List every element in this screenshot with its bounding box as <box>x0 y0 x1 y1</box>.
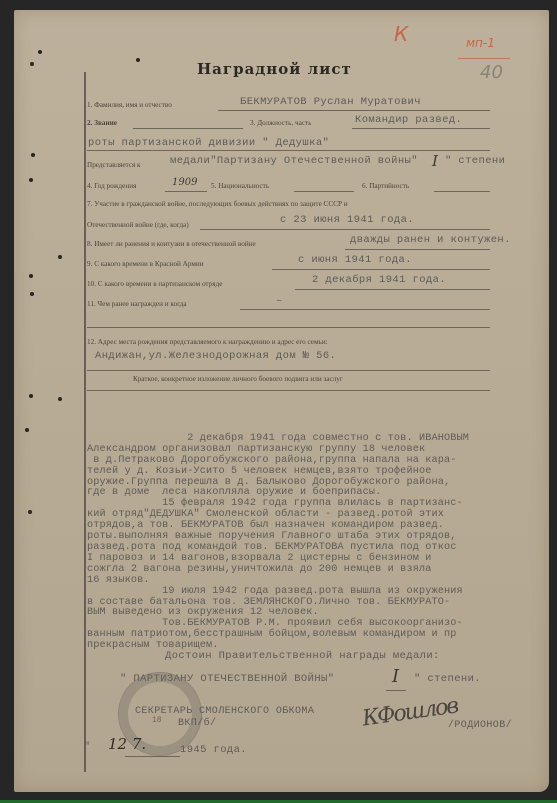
conclusion-suffix: " степени. <box>414 673 481 685</box>
field-3-underline <box>352 128 490 129</box>
narrative-text: 2 декабря 1941 года совместно с тов. ИВА… <box>87 423 469 663</box>
narrative-line: 16 языков. <box>87 576 469 587</box>
field-10-label: 10. С какого времени в партизанском отря… <box>87 280 222 288</box>
field-8-value: дважды ранен и контужен. <box>350 234 511 246</box>
field-11-underline <box>240 309 490 310</box>
field-6-label: 6. Партийность <box>362 182 409 190</box>
pencil-number: 40 <box>480 62 503 83</box>
signer-subtitle: ВКП/б/ <box>178 718 216 729</box>
date-underline <box>125 756 180 757</box>
field-12-label: 12. Адрес места рождения представляемого… <box>87 338 328 346</box>
punch-hole <box>58 255 62 259</box>
conclusion-degree: I <box>392 666 399 687</box>
field-3-value: Командир развед. <box>355 114 462 126</box>
punch-hole <box>30 292 34 296</box>
punch-hole <box>31 153 35 157</box>
narrative-line: телей у д. Козьи-Усито 5 человек немцев,… <box>87 467 469 478</box>
field-9-label: 9. С какого времени в Красной Армии <box>87 260 204 268</box>
field-11-underline-2 <box>87 327 490 328</box>
field-10-value: 2 декабря 1941 года. <box>312 274 446 286</box>
punch-hole <box>29 274 33 278</box>
field-9-underline <box>272 269 490 270</box>
presented-suffix: " степени <box>445 155 505 167</box>
field-8-label: 8. Имеет ли ранения и контузии в отечест… <box>87 240 256 248</box>
field-2-underline <box>133 128 243 129</box>
presented-label: Представляется к <box>87 161 141 169</box>
field-10-underline <box>295 289 490 290</box>
section-heading: Краткое, конкретное изложение личного бо… <box>133 375 343 383</box>
field-5-underline <box>294 191 354 192</box>
field-6-underline <box>434 191 490 192</box>
signer-name: /РОДИОНОВ/ <box>448 720 512 731</box>
presented-value: медали"Партизану Отечественной войны" <box>170 155 418 167</box>
date-open-quote: " <box>84 742 90 753</box>
field-2-label: 2. Звание <box>87 119 117 127</box>
field-1-label: 1. Фамилия, имя и отчество <box>87 101 172 109</box>
punch-hole <box>38 50 42 54</box>
field-1-value: БЕКМУРАТОВ Руслан Муратович <box>240 96 421 108</box>
punch-hole <box>30 62 34 66</box>
narrative-line: в д.Петраково Дорогобужского района,груп… <box>87 456 469 467</box>
field-7-underline <box>200 229 490 230</box>
presented-degree: I <box>432 152 438 170</box>
field-11-value: – <box>276 295 283 307</box>
conclusion-line-1: Достоин Правительственной награды медали… <box>165 650 440 662</box>
field-5-label: 5. Национальность <box>211 182 269 190</box>
field-9-value: с июня 1941 года. <box>298 254 412 266</box>
narrative-line: 19 июля 1942 года развед.рота вышла из о… <box>87 587 469 598</box>
field-1-underline <box>218 110 490 111</box>
stamp-date: 18 <box>152 716 162 725</box>
punch-hole <box>28 510 32 514</box>
red-code: мп-1 <box>466 36 495 50</box>
field-3-value-cont: роты партизанской дивизии " Дедушка" <box>88 137 329 149</box>
document-title: Наградной лист <box>197 60 352 78</box>
punch-hole <box>58 397 62 401</box>
red-underline <box>458 58 510 59</box>
margin-rule <box>84 72 86 772</box>
field-12-underline <box>87 370 490 371</box>
punch-hole <box>136 58 140 62</box>
field-8-underline <box>345 249 490 250</box>
punch-hole <box>29 394 33 398</box>
field-7-label: 7. Участие в гражданской войне, последую… <box>87 200 348 208</box>
field-4-label: 4. Год рождения <box>87 182 136 190</box>
punch-hole <box>29 178 33 182</box>
field-7-value: с 23 июня 1941 года. <box>280 214 414 226</box>
field-3-label: 3. Должность, часть <box>250 119 311 127</box>
field-3-cont-underline <box>87 150 490 151</box>
field-4-value: 1909 <box>172 177 197 188</box>
section-underline <box>87 390 490 391</box>
date-handwritten: 12 7. <box>108 735 146 753</box>
degree-underline <box>386 690 406 691</box>
punch-hole <box>25 428 29 432</box>
red-mark: К <box>394 22 408 46</box>
field-12-value: Андижан,ул.Железнодорожная дом № 56. <box>95 350 336 362</box>
field-4-underline <box>165 191 207 192</box>
field-11-label: 11. Чем ранее награжден и когда <box>87 300 187 308</box>
field-7-label-cont: Отечественной войне (где, когда) <box>87 221 189 229</box>
date-year: 1945 года. <box>180 744 247 756</box>
